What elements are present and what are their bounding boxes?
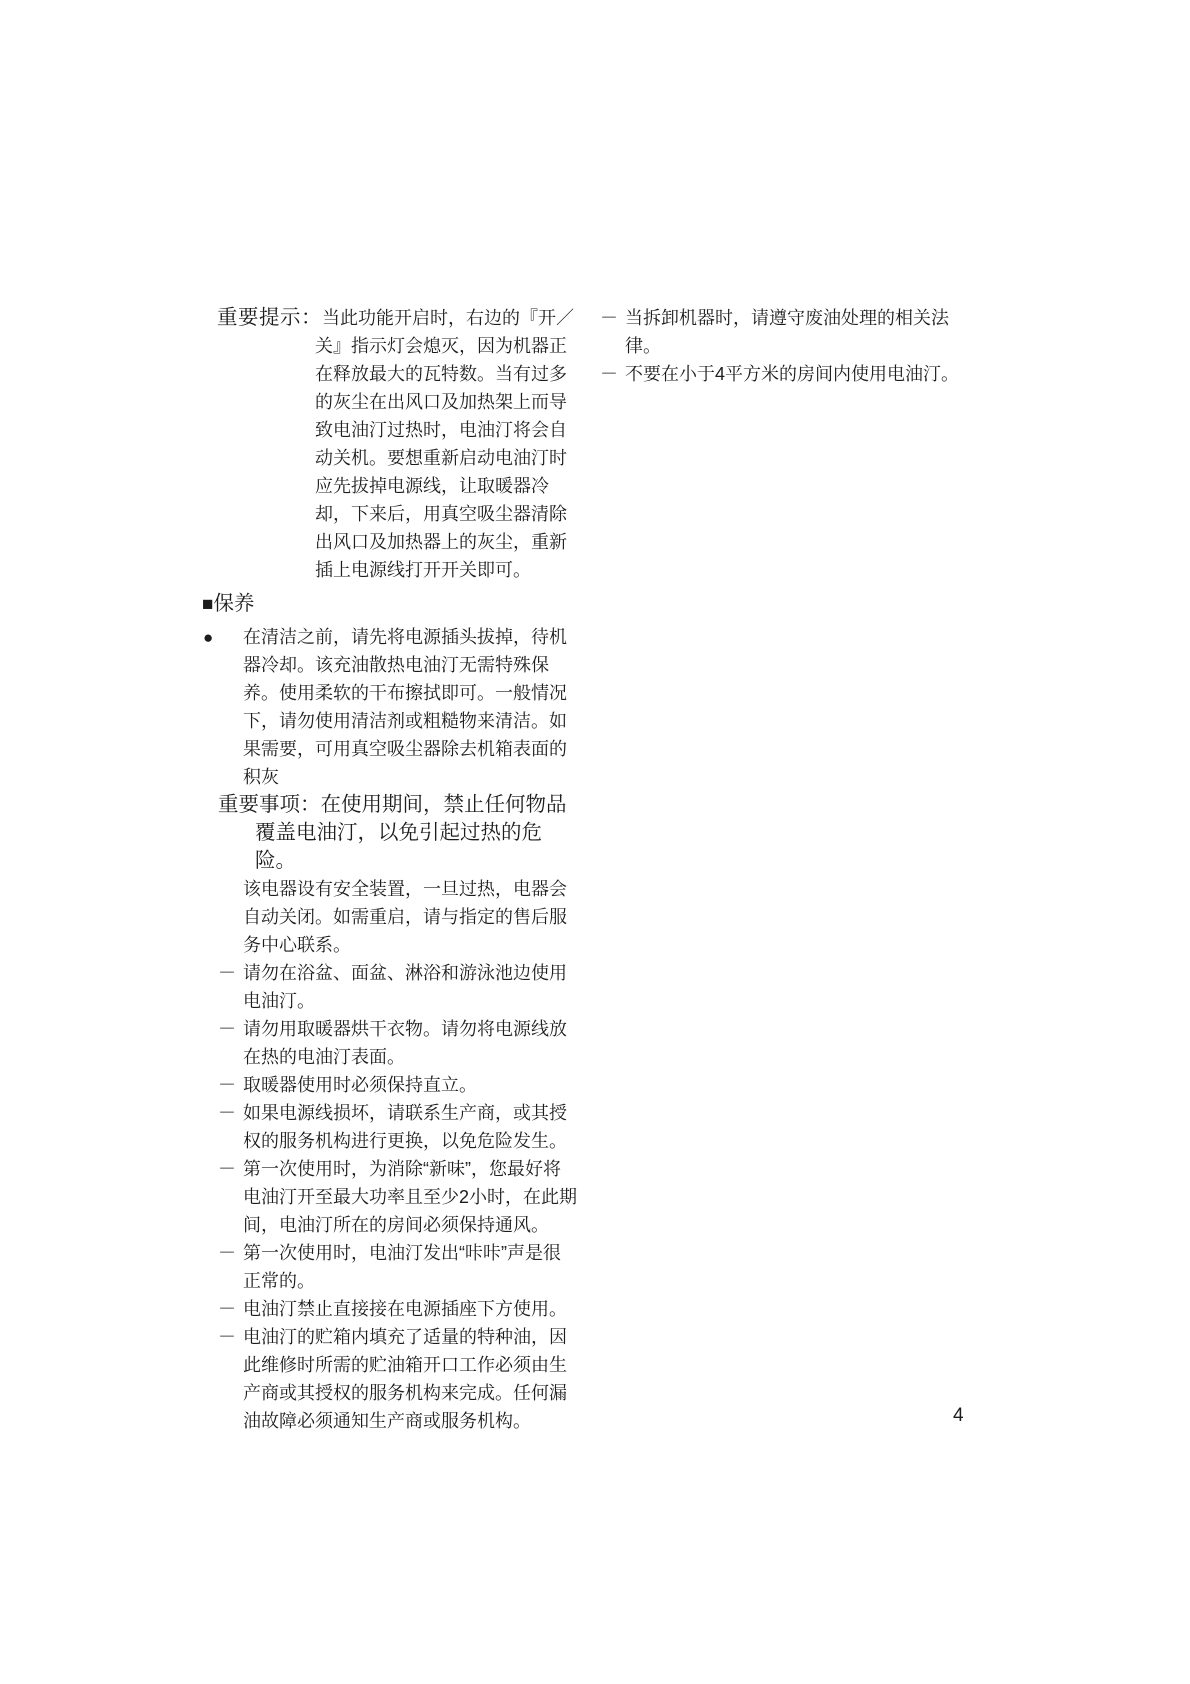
page-number: 4 [953,1402,964,1430]
important-label: 重要事项： [218,793,321,816]
list-item-text: 不要在小于4平方米的房间内使用电油汀。 [625,364,959,384]
safety-note: 该电器设有安全装置，一旦过热，电器会自动关闭。如需重启，请与指定的售后服务中心联… [243,875,578,959]
notice-label: 重要提示： [217,306,322,329]
list-item: － 当拆卸机器时，请遵守废油处理的相关法律。 [600,304,982,360]
dash-marker: － [600,304,618,332]
maintenance-bullet-item: ● 在清洁之前，请先将电源插头拔掉，待机器冷却。该充油散热电油汀无需特殊保养。使… [200,623,578,791]
list-item-text: 请勿用取暖器烘干衣物。请勿将电源线放在热的电油汀表面。 [243,1019,567,1067]
list-item-text: 电油汀禁止直接接在电源插座下方使用。 [243,1299,567,1319]
dash-marker: － [600,360,618,388]
list-item: － 第一次使用时，电油汀发出“咔咔”声是很正常的。 [200,1239,578,1295]
dash-marker: － [218,1239,236,1267]
page-columns: 重要提示：当此功能开启时，右边的『开／关』指示灯会熄灭，因为机器正在释放最大的瓦… [200,304,982,1435]
square-bullet-icon: ■ [202,594,213,615]
dash-marker: － [218,1323,236,1351]
left-column: 重要提示：当此功能开启时，右边的『开／关』指示灯会熄灭，因为机器正在释放最大的瓦… [200,304,578,1435]
list-item-text: 当拆卸机器时，请遵守废油处理的相关法律。 [625,308,949,356]
dash-marker: － [218,1015,236,1043]
list-item: － 如果电源线损坏，请联系生产商，或其授权的服务机构进行更换，以免危险发生。 [200,1099,578,1155]
dash-marker: － [218,1295,236,1323]
list-item: － 电油汀的贮箱内填充了适量的特种油，因此维修时所需的贮油箱开口工作必须由生产商… [200,1323,578,1435]
list-item-text: 请勿在浴盆、面盆、淋浴和游泳池边使用电油汀。 [243,963,567,1011]
list-item: － 第一次使用时，为消除“新味”，您最好将电油汀开至最大功率且至少2小时，在此期… [200,1155,578,1239]
manual-page: 重要提示：当此功能开启时，右边的『开／关』指示灯会熄灭，因为机器正在释放最大的瓦… [0,0,1190,1684]
list-item-text: 电油汀的贮箱内填充了适量的特种油，因此维修时所需的贮油箱开口工作必须由生产商或其… [243,1327,567,1431]
list-item: － 请勿用取暖器烘干衣物。请勿将电源线放在热的电油汀表面。 [200,1015,578,1071]
maintenance-heading-label: 保养 [213,592,254,615]
circle-bullet-icon: ● [203,624,213,652]
important-paragraph: 重要事项：在使用期间，禁止任何物品覆盖电油汀，以免引起过热的危险。 [218,791,578,875]
dash-marker: － [218,959,236,987]
list-item: － 请勿在浴盆、面盆、淋浴和游泳池边使用电油汀。 [200,959,578,1015]
list-item-text: 如果电源线损坏，请联系生产商，或其授权的服务机构进行更换，以免危险发生。 [243,1103,567,1151]
dash-marker: － [218,1099,236,1127]
dash-marker: － [218,1071,236,1099]
maintenance-heading: ■保养 [202,590,578,619]
list-item: － 取暖器使用时必须保持直立。 [200,1071,578,1099]
maintenance-bullet-text: 在清洁之前，请先将电源插头拔掉，待机器冷却。该充油散热电油汀无需特殊保养。使用柔… [243,627,567,787]
notice-paragraph: 重要提示：当此功能开启时，右边的『开／关』指示灯会熄灭，因为机器正在释放最大的瓦… [217,304,578,584]
list-item-text: 第一次使用时，为消除“新味”，您最好将电油汀开至最大功率且至少2小时，在此期间，… [243,1159,577,1235]
list-item: － 电油汀禁止直接接在电源插座下方使用。 [200,1295,578,1323]
notice-body: 当此功能开启时，右边的『开／关』指示灯会熄灭，因为机器正在释放最大的瓦特数。当有… [315,308,574,580]
right-column: － 当拆卸机器时，请遵守废油处理的相关法律。 － 不要在小于4平方米的房间内使用… [600,304,982,388]
list-item-text: 取暖器使用时必须保持直立。 [243,1075,477,1095]
list-item: － 不要在小于4平方米的房间内使用电油汀。 [600,360,982,388]
dash-marker: － [218,1155,236,1183]
list-item-text: 第一次使用时，电油汀发出“咔咔”声是很正常的。 [243,1243,561,1291]
